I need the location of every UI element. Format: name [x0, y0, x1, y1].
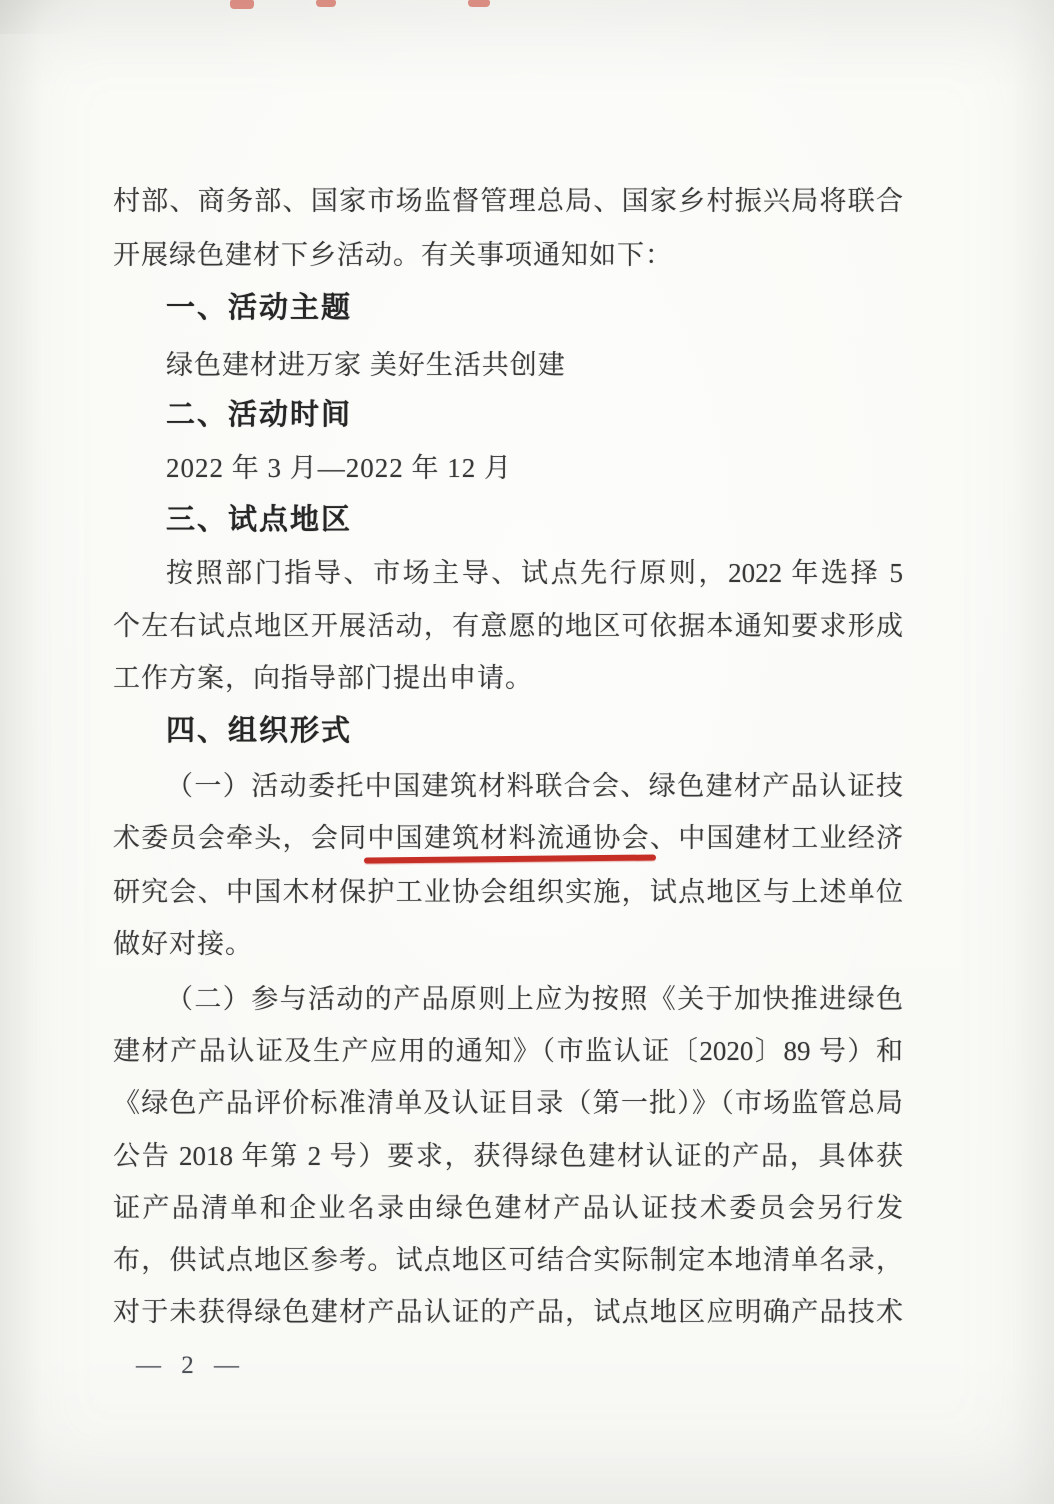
- scanned-document-page: 村部、商务部、国家市场监督管理总局、国家乡村振兴局将联合 开展绿色建材下乡活动。…: [0, 0, 1054, 1504]
- page-number: — 2 —: [136, 1352, 246, 1380]
- heading-activity-theme: 一、活动主题: [166, 293, 903, 323]
- org-line-3: 研究会、中国木材保护工业协会组织实施，试点地区与上述单位: [113, 877, 903, 907]
- time-line: 2022 年 3 月—2022 年 12 月: [166, 453, 903, 483]
- intro-line-2: 开展绿色建材下乡活动。有关事项通知如下：: [113, 240, 903, 270]
- red-ink-mark: [316, 0, 336, 7]
- pilot-line-3: 工作方案，向指导部门提出申请。: [113, 663, 903, 693]
- scan-smudge: [0, 0, 95, 34]
- heading-organization-form: 四、组织形式: [166, 716, 903, 746]
- theme-line: 绿色建材进万家 美好生活共创建: [166, 350, 903, 380]
- products-line-6: 布，供试点地区参考。试点地区可结合实际制定本地清单名录，: [113, 1245, 903, 1275]
- products-line-5: 证产品清单和企业名录由绿色建材产品认证技术委员会另行发: [113, 1193, 903, 1223]
- org-line-2-post: 、中国建材工业经济: [650, 823, 903, 853]
- org-line-2-pre: 术委员会牵头，会同: [113, 823, 367, 853]
- products-line-2: 建材产品认证及生产应用的通知》（市监认证〔2020〕89 号）和: [113, 1036, 903, 1066]
- heading-pilot-areas: 三、试点地区: [166, 505, 903, 535]
- products-line-4: 公告 2018 年第 2 号）要求，获得绿色建材认证的产品，具体获: [113, 1141, 903, 1171]
- products-line-3: 《绿色产品评价标准清单及认证目录（第一批）》（市场监管总局: [113, 1088, 903, 1118]
- products-line-7: 对于未获得绿色建材产品认证的产品，试点地区应明确产品技术: [113, 1297, 903, 1327]
- red-ink-mark: [230, 0, 254, 9]
- heading-activity-time: 二、活动时间: [166, 400, 903, 430]
- intro-line-1: 村部、商务部、国家市场监督管理总局、国家乡村振兴局将联合: [113, 186, 903, 216]
- org-line-4: 做好对接。: [113, 929, 903, 959]
- org-line-2: 术委员会牵头，会同中国建筑材料流通协会、中国建材工业经济: [113, 823, 903, 853]
- org-line-1: （一）活动委托中国建筑材料联合会、绿色建材产品认证技: [166, 771, 903, 801]
- pilot-line-2: 个左右试点地区开展活动，有意愿的地区可依据本通知要求形成: [113, 611, 903, 641]
- pilot-line-1: 按照部门指导、市场主导、试点先行原则，2022 年选择 5: [166, 558, 903, 588]
- red-underlined-text: 中国建筑材料流通协会: [367, 823, 650, 853]
- products-line-1: （二）参与活动的产品原则上应为按照《关于加快推进绿色: [166, 984, 903, 1014]
- red-ink-mark: [468, 0, 490, 7]
